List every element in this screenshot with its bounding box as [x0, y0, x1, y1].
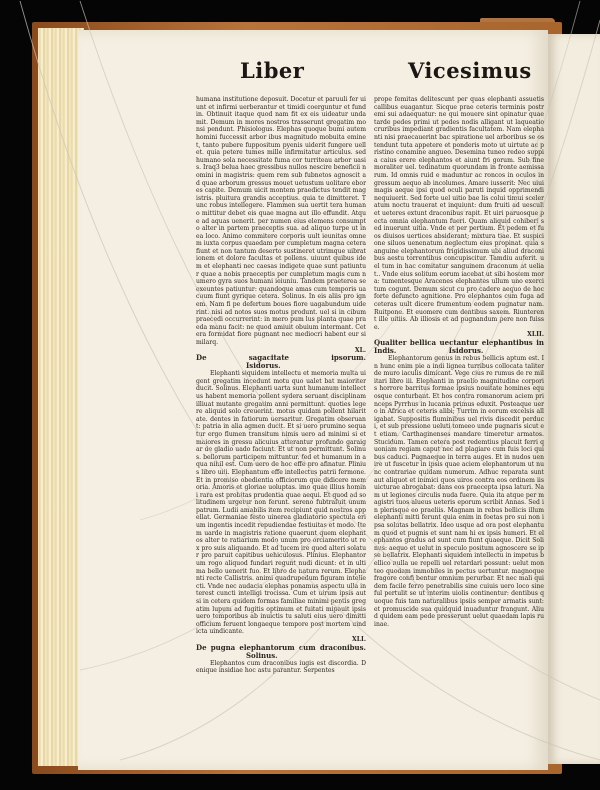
- paragraph: humana institutione deposuit. Docetur et…: [196, 96, 366, 347]
- text-column-right: prope femitas delitescunt per quas eleph…: [374, 96, 544, 628]
- paragraph: prope femitas delitescunt per quas eleph…: [374, 96, 544, 331]
- facing-page-edge: [548, 34, 600, 764]
- text-column-left: humana institutione deposuit. Docetur et…: [196, 96, 366, 675]
- paragraph: Elephantos cum draconibus iugis est disc…: [196, 660, 366, 675]
- chapter-title: Qualiter bellica uectantur elephantibus …: [374, 339, 544, 355]
- chapter-source: Solinus.: [246, 651, 278, 660]
- chapter-title-text: De sagacitate ipsorum.: [196, 353, 366, 362]
- paragraph: Elephantorum genus in rebus bellicis apt…: [374, 355, 544, 628]
- chapter-title: De pugna elephantorum cum draconibus. So…: [196, 644, 366, 660]
- running-head-left: Liber: [240, 58, 304, 83]
- chapter-title: De sagacitate ipsorum. Isidorus.: [196, 354, 366, 370]
- chapter-source: Isidorus.: [246, 361, 281, 370]
- paragraph: Elephanti siquidem intellectu et memoria…: [196, 370, 366, 636]
- running-head-right: Vicesimus: [408, 58, 532, 83]
- chapter-source: Isidorus.: [449, 346, 484, 355]
- chapter-title-text: De pugna elephantorum cum draconibus.: [196, 643, 366, 652]
